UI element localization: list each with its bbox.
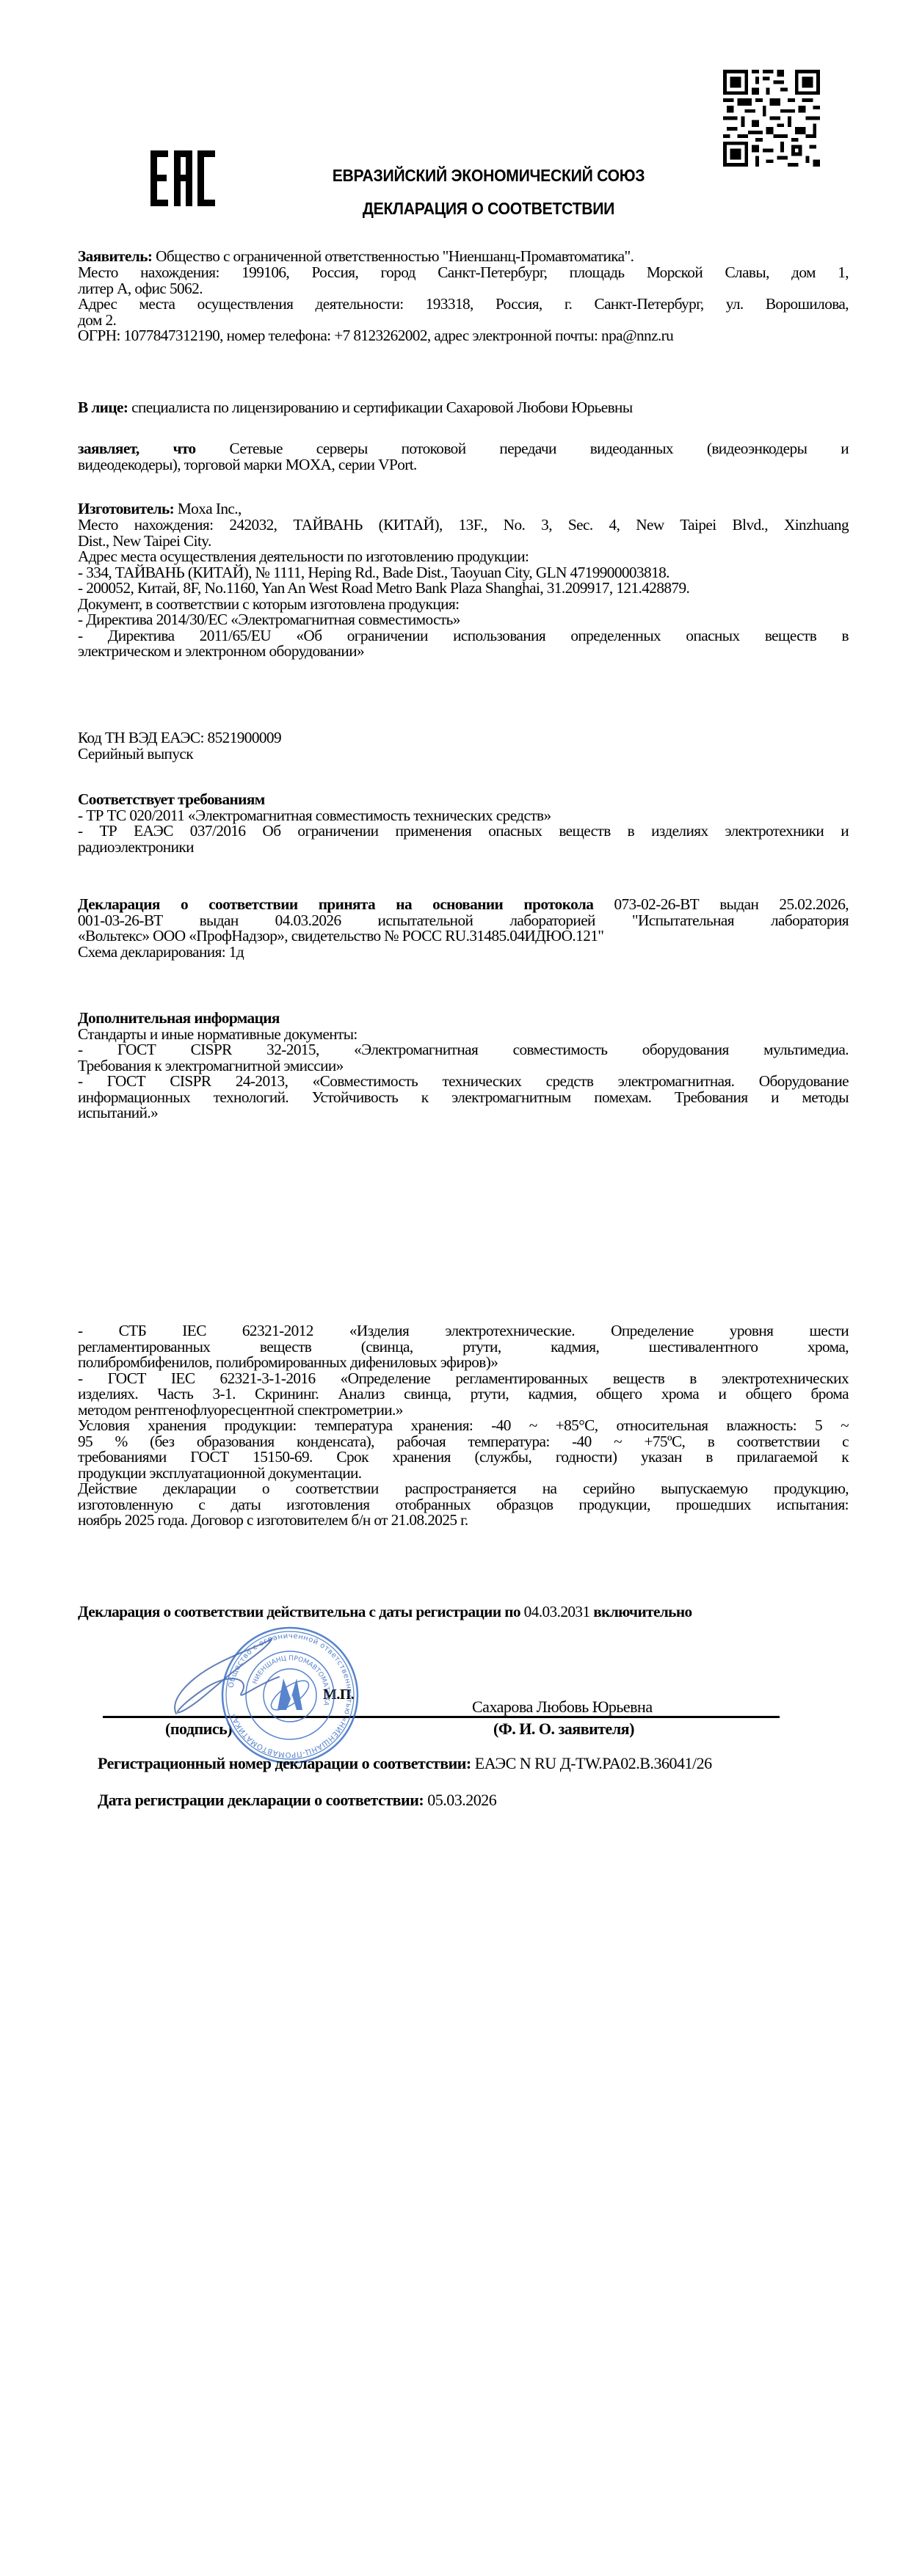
declaration-scope-cont: изготовленную с даты изготовления отобра… — [78, 1496, 849, 1513]
standards-header: Стандарты и иные нормативные документы: — [78, 1025, 357, 1043]
manufacturer-contract: ноябрь 2025 года. Договор с изготовителе… — [78, 1511, 468, 1529]
union-title: ЕВРАЗИЙСКИЙ ЭКОНОМИЧЕСКИЙ СОЮЗ — [70, 166, 908, 186]
standard-item: - СТБ IEC 62321-2012 «Изделия электротех… — [78, 1322, 849, 1339]
hs-code: Код ТН ВЭД ЕАЭС: 8521900009 — [78, 729, 281, 746]
manufacturer-location-cont: Dist., New Taipei City. — [78, 532, 211, 550]
protocol-info-cont: 001-03-26-ВТ выдан 04.03.2026 испытатель… — [78, 912, 849, 929]
basis-label: Декларация о соответствии принята на осн… — [78, 895, 593, 913]
validity-prefix: Декларация о соответствии действительна … — [78, 1603, 520, 1620]
standard-item-cont: регламентированных веществ (свинца, ртут… — [78, 1338, 849, 1356]
standard-item: - ГОСТ CISPR 32-2015, «Электромагнитная … — [78, 1041, 849, 1058]
compliance-title: Соответствует требованиям — [78, 790, 265, 808]
manufacturer-label: Изготовитель: — [78, 500, 174, 517]
manufacturing-doc: - Директива 2014/30/EC «Электромагнитная… — [78, 611, 460, 628]
additional-info-section: Дополнительная информация Стандарты и ин… — [78, 1011, 849, 1121]
manufacturing-doc-cont: электрическом и электронном оборудовании… — [78, 642, 364, 660]
applicant-section: Заявитель: Общество с ограниченной ответ… — [78, 249, 849, 344]
applicant-name: Общество с ограниченной ответственностью… — [152, 247, 634, 265]
applicant-label: Заявитель: — [78, 247, 152, 265]
registration-number-row: Регистрационный номер декларации о соотв… — [98, 1754, 712, 1773]
production-site: - 334, ТАЙВАНЬ (КИТАЙ), № 1111, Heping R… — [78, 564, 669, 581]
company-stamp-icon: Общество с ограниченной ответственностью… — [220, 1626, 360, 1765]
declares-label: заявляет, что — [78, 440, 196, 457]
product-description-cont: видеодекодеры), торговой марки MOXA, сер… — [78, 456, 417, 473]
storage-conditions: Условия хранения продукции: температура … — [78, 1416, 849, 1434]
product-description: Сетевые серверы потоковой передачи видео… — [196, 440, 849, 457]
qr-code-icon — [719, 66, 824, 170]
lab-certificate: «Вольтекс» ООО «ПрофНадзор», свидетельст… — [78, 927, 603, 945]
compliance-item: - ТР ТС 020/2011 «Электромагнитная совме… — [78, 807, 551, 824]
applicant-ogrn-contacts: ОГРН: 1077847312190, номер телефона: +7 … — [78, 327, 673, 344]
storage-conditions-cont: 95 % (без образования конденсата), рабоч… — [78, 1433, 849, 1450]
standard-item: - ГОСТ CISPR 24-2013, «Совместимость тех… — [78, 1072, 849, 1090]
additional-info-title: Дополнительная информация — [78, 1009, 280, 1027]
applicant-location: Место нахождения: 199106, Россия, город … — [78, 263, 849, 281]
storage-conditions-cont: требованиями ГОСТ 15150-69. Срок хранени… — [78, 1448, 849, 1466]
production-site: - 200052, Китай, 8F, No.1160, Yan An Wes… — [78, 579, 689, 597]
represented-by-label: В лице: — [78, 399, 128, 416]
document-title: ДЕКЛАРАЦИЯ О СООТВЕТСТВИИ — [70, 199, 908, 219]
basis-section: Декларация о соответствии принята на осн… — [78, 897, 849, 960]
declares-section: заявляет, что Сетевые серверы потоковой … — [78, 441, 849, 473]
product-codes-section: Код ТН ВЭД ЕАЭС: 8521900009 Серийный вып… — [78, 730, 849, 762]
additional-info-continued: - СТБ IEC 62321-2012 «Изделия электротех… — [78, 1323, 849, 1529]
applicant-activity-address-cont: дом 2. — [78, 311, 116, 329]
signer-name: Сахарова Любовь Юрьевна — [472, 1698, 653, 1717]
validity-suffix: включительно — [593, 1603, 692, 1620]
compliance-section: Соответствует требованиям - ТР ТС 020/20… — [78, 792, 849, 855]
manufacturer-section: Изготовитель: Moxa Inc., Место нахождени… — [78, 501, 849, 660]
applicant-location-cont: литер А, офис 5062. — [78, 280, 203, 297]
registration-date-row: Дата регистрации декларации о соответств… — [98, 1791, 496, 1810]
manufacturing-doc: - Директива 2011/65/EU «Об ограничении и… — [78, 627, 849, 644]
standard-item-cont: Требования к электромагнитной эмиссии» — [78, 1057, 344, 1074]
registration-number-label: Регистрационный номер декларации о соотв… — [98, 1754, 471, 1772]
standard-item-cont: испытаний.» — [78, 1104, 158, 1121]
represented-by-text: специалиста по лицензированию и сертифик… — [128, 399, 632, 416]
declaration-page: ЕВРАЗИЙСКИЙ ЭКОНОМИЧЕСКИЙ СОЮЗ ДЕКЛАРАЦИ… — [0, 0, 911, 2576]
manufacturer-name: Moxa Inc., — [174, 500, 242, 517]
standard-item: - ГОСТ IEC 62321-3-1-2016 «Определение р… — [78, 1369, 849, 1387]
protocol-info: 073-02-26-ВТ выдан 25.02.2026, — [593, 895, 849, 913]
standard-item-cont: информационных технологий. Устойчивость … — [78, 1088, 849, 1106]
storage-conditions-cont: продукции эксплуатационной документации. — [78, 1464, 362, 1482]
registration-date-label: Дата регистрации декларации о соответств… — [98, 1791, 424, 1809]
compliance-item-cont: радиоэлектроники — [78, 838, 194, 856]
applicant-name-caption: (Ф. И. О. заявителя) — [493, 1720, 634, 1739]
manufacturing-docs-header: Документ, в соответствии с которым изгот… — [78, 595, 459, 613]
validity-section: Декларация о соответствии действительна … — [78, 1604, 849, 1620]
standard-item-cont: методом рентгенофлуоресцентной спектроме… — [78, 1401, 403, 1419]
validity-date: 04.03.2031 — [520, 1603, 593, 1620]
represented-by-section: В лице: специалиста по лицензированию и … — [78, 400, 849, 416]
standard-item-cont: изделиях. Часть 3-1. Скрининг. Анализ св… — [78, 1385, 849, 1402]
standard-item-cont: полибромбифенилов, полибромированных диф… — [78, 1353, 498, 1371]
release-type: Серийный выпуск — [78, 745, 193, 763]
compliance-item: - ТР ЕАЭС 037/2016 Об ограничении примен… — [78, 822, 849, 840]
declaration-scheme: Схема декларирования: 1д — [78, 943, 244, 961]
applicant-activity-address: Адрес места осуществления деятельности: … — [78, 295, 849, 313]
manufacturer-location: Место нахождения: 242032, ТАЙВАНЬ (КИТАЙ… — [78, 516, 849, 534]
production-address-header: Адрес места осуществления деятельности п… — [78, 547, 529, 565]
registration-number-value: ЕАЭС N RU Д-TW.PA02.B.36041/26 — [471, 1754, 712, 1772]
registration-date-value: 05.03.2026 — [424, 1791, 496, 1809]
declaration-scope: Действие декларации о соответствии распр… — [78, 1480, 849, 1497]
